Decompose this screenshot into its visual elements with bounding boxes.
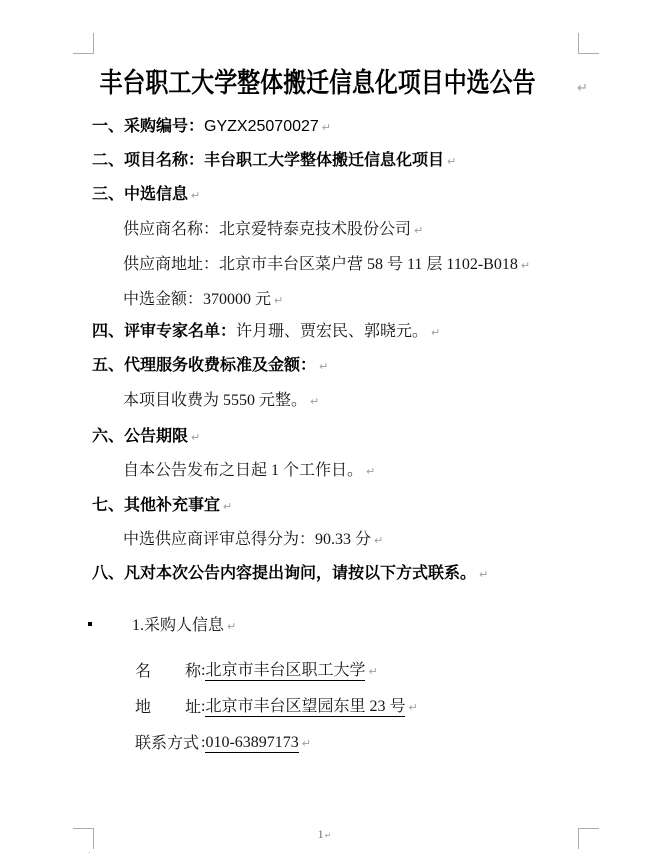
supplier-address-text: 供应商地址：北京市丰台区菜户营 58 号 11 层 1102-B018 [123,256,518,273]
paragraph-mark-icon [324,827,332,841]
line-procurement-no: 一、采购编号：GYZX25070027 [92,117,331,138]
expert-names-value: 许月珊、贾宏民、郭晓元。 [236,323,428,340]
line-award-amount: 中选金额：370000 元 [123,290,283,311]
field-label-char: 称 [185,662,201,682]
heading-number: 七、 [92,497,124,514]
paragraph-mark-icon [224,617,236,634]
heading-number: 四、 [92,323,124,340]
field-label-char: 地 [135,698,151,718]
paragraph-mark-icon [299,734,311,751]
supplier-name-text: 供应商名称：北京爱特泰克技术股份公司 [123,221,411,238]
heading-number: 三、 [92,186,124,203]
heading-label: 项目名称： [124,152,204,169]
line-other-matters: 七、其他补充事宜 [92,496,232,517]
heading-number: 八、 [92,565,124,582]
line-expert-list: 四、评审专家名单：许月珊、贾宏民、郭晓元。 [92,322,440,343]
page-margin-corner-top-right [578,33,599,54]
announcement-title-row: 丰台职工大学整体搬迁信息化项目中选公告 [0,61,649,100]
purchaser-address-value: 北京市丰台区望园东里 23 号 [205,698,405,717]
line-period-detail: 自本公告发布之日起 1 个工作日。 [123,461,375,482]
page-number: 1 [318,827,324,841]
paragraph-mark-icon [574,79,588,96]
field-purchaser-name: 名称:北京市丰台区职工大学 [135,661,378,682]
heading-label: 公告期限 [124,428,188,445]
paragraph-mark-icon [271,291,283,308]
line-selection-info: 三、中选信息 [92,185,200,206]
field-label-name: 名称 [135,662,201,682]
heading-label: 凡对本次公告内容提出询问，请按以下方式联系。 [124,565,476,582]
period-detail-text: 自本公告发布之日起 1 个工作日。 [123,462,363,479]
line-supplier-address: 供应商地址：北京市丰台区菜户营 58 号 11 层 1102-B018 [123,255,530,276]
heading-label: 评审专家名单： [124,323,236,340]
procurement-number-value: GYZX25070027 [204,118,319,135]
paragraph-mark-icon [319,118,331,135]
paragraph-mark-icon [188,428,200,445]
heading-number: 一、 [92,118,124,135]
field-label-char: 址 [185,698,201,718]
line-fee-detail: 本项目收费为 5550 元整。 [123,391,319,412]
score-text: 中选供应商评审总得分为：90.33 分 [123,531,371,548]
heading-label: 中选信息 [124,186,188,203]
paragraph-mark-icon [428,323,440,340]
paragraph-mark-icon [188,186,200,203]
line-supplier-name: 供应商名称：北京爱特泰克技术股份公司 [123,220,423,241]
field-label-contact: 联系方式 [135,734,201,754]
paragraph-mark-icon [371,531,383,548]
paragraph-mark-icon [363,462,375,479]
line-agency-fee: 五、代理服务收费标准及金额： [92,356,328,377]
line-score: 中选供应商评审总得分为：90.33 分 [123,530,383,551]
footer-paragraph-mark-icon: . [88,846,91,855]
paragraph-mark-icon [365,662,377,679]
page-margin-corner-top-left [73,33,94,54]
paragraph-mark-icon [405,698,417,715]
heading-number: 六、 [92,428,124,445]
paragraph-mark-icon [307,392,319,409]
paragraph-mark-icon [220,497,232,514]
document-page: . 丰台职工大学整体搬迁信息化项目中选公告 一、采购编号：GYZX2507002… [0,0,649,856]
field-label-char: 名 [135,662,151,682]
heading-number: 二、 [92,152,124,169]
list-bullet-icon [88,622,92,626]
purchaser-name-value: 北京市丰台区职工大学 [205,662,365,681]
field-contact-phone: 联系方式:010-63897173 [135,733,311,754]
heading-label: 其他补充事宜 [124,497,220,514]
project-name-value: 丰台职工大学整体搬迁信息化项目 [204,152,444,169]
paragraph-mark-icon [518,256,530,273]
field-label-address: 地址 [135,698,201,718]
line-contact-intro: 八、凡对本次公告内容提出询问，请按以下方式联系。 [92,564,488,585]
page-number-row: 1 [0,827,649,842]
paragraph-mark-icon [476,565,488,582]
heading-label: 代理服务收费标准及金额： [124,357,316,374]
paragraph-mark-icon [411,221,423,238]
paragraph-mark-icon [316,357,328,374]
purchaser-info-heading-text: 1.采购人信息 [132,617,224,634]
heading-number: 五、 [92,357,124,374]
line-project-name: 二、项目名称：丰台职工大学整体搬迁信息化项目 [92,151,456,172]
fee-detail-text: 本项目收费为 5550 元整。 [123,392,307,409]
contact-phone-value: 010-63897173 [205,734,298,753]
award-amount-text: 中选金额：370000 元 [123,291,271,308]
announcement-title: 丰台职工大学整体搬迁信息化项目中选公告 [100,61,536,100]
paragraph-mark-icon [444,152,456,169]
field-purchaser-address: 地址:北京市丰台区望园东里 23 号 [135,697,418,718]
line-purchaser-info-heading: 1.采购人信息 [132,616,236,637]
heading-label: 采购编号： [124,118,204,135]
line-announcement-period: 六、公告期限 [92,427,200,448]
